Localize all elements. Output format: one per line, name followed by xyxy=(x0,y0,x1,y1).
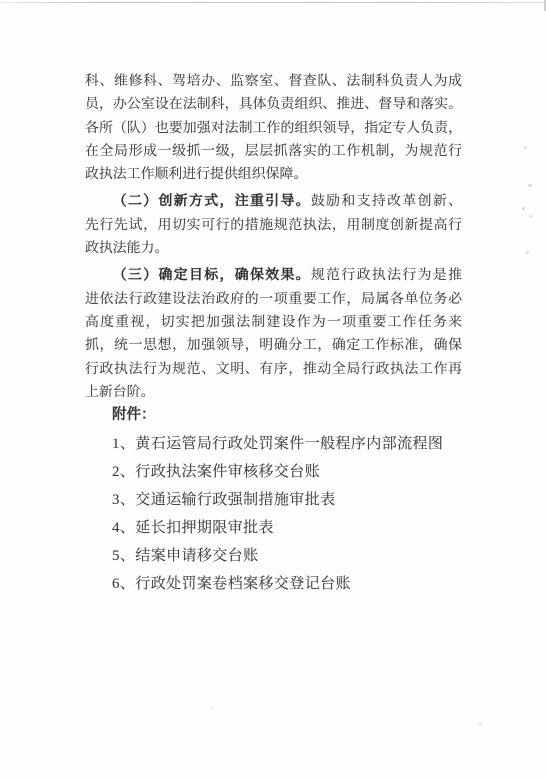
paragraph-1: 科、维修科、驾培办、监察室、督查队、法制科负责人为成员，办公室设在法制科，具体负… xyxy=(85,70,462,186)
text-segment: 规范行政执法行为是推 xyxy=(311,268,462,283)
text-segment: 进依法行政建设法治政府的一项重要工作，局属各单位务必 xyxy=(85,292,462,307)
scan-speck xyxy=(479,723,482,726)
text-segment: 上新台阶。 xyxy=(85,385,154,400)
text-line: 先行先试，用切实可行的措施规范执法，用制度创新提高行 xyxy=(85,214,462,237)
text-segment: 抓，统一思想，加强领导，明确分工，确定工作标准，确保 xyxy=(85,338,462,353)
attachment-item-3: 3、交通运输行政强制措施审批表 xyxy=(85,486,462,514)
text-line: （二）创新方式，注重引导。鼓励和支持改革创新、 xyxy=(85,190,462,213)
scan-speck xyxy=(524,146,527,149)
text-segment: 鼓励和支持改革创新、 xyxy=(311,194,462,209)
text-line: 科、维修科、驾培办、监察室、督查队、法制科负责人为成 xyxy=(85,70,462,93)
attachment-item-6: 6、行政处罚案卷档案移交登记台账 xyxy=(85,570,462,598)
text-segment: 行政执法行为规范、文明、有序，推动全局行政执法工作再 xyxy=(85,362,462,377)
scan-speck xyxy=(210,707,213,709)
document-page: 科、维修科、驾培办、监察室、督查队、法制科负责人为成员，办公室设在法制科，具体负… xyxy=(0,0,546,779)
paragraphs: 科、维修科、驾培办、监察室、督查队、法制科负责人为成员，办公室设在法制科，具体负… xyxy=(85,70,462,404)
text-segment: 各所（队）也要加强对法制工作的组织领导，指定专人负责， xyxy=(85,121,462,136)
text-segment: 科、维修科、驾培办、监察室、督查队、法制科负责人为成 xyxy=(85,74,462,89)
attachment-item-1: 1、黄石运管局行政处罚案件一般程序内部流程图 xyxy=(85,430,462,458)
attachment-item-5: 5、结案申请移交台账 xyxy=(85,542,462,570)
paragraph-2: （二）创新方式，注重引导。鼓励和支持改革创新、先行先试，用切实可行的措施规范执法… xyxy=(85,190,462,260)
text-segment: 政执法能力。 xyxy=(85,241,168,256)
text-line: 各所（队）也要加强对法制工作的组织领导，指定专人负责， xyxy=(85,117,462,140)
text-line: 抓，统一思想，加强领导，明确分工，确定工作标准，确保 xyxy=(85,334,462,357)
run-in-heading: （二）创新方式，注重引导。 xyxy=(113,194,311,209)
text-line: 在全局形成一级抓一级，层层抓落实的工作机制，为规范行 xyxy=(85,140,462,163)
scan-speck xyxy=(529,215,533,218)
text-line: （三）确定目标，确保效果。规范行政执法行为是推 xyxy=(85,264,462,287)
attachments-label: 附件： xyxy=(85,404,462,427)
scan-speck xyxy=(528,184,532,187)
text-segment: 员，办公室设在法制科，具体负责组织、推进、督导和落实。 xyxy=(85,97,462,112)
text-line: 员，办公室设在法制科，具体负责组织、推进、督导和落实。 xyxy=(85,93,462,116)
text-line: 行政执法行为规范、文明、有序，推动全局行政执法工作再 xyxy=(85,358,462,381)
text-line: 高度重视，切实把加强法制建设作为一项重要工作任务来 xyxy=(85,311,462,334)
document-body: 科、维修科、驾培办、监察室、督查队、法制科负责人为成员，办公室设在法制科，具体负… xyxy=(85,70,462,598)
text-segment: 政执法工作顺利进行提供组织保障。 xyxy=(85,167,307,182)
run-in-heading: （三）确定目标，确保效果。 xyxy=(113,268,311,283)
text-line: 政执法工作顺利进行提供组织保障。 xyxy=(85,163,462,186)
text-segment: 先行先试，用切实可行的措施规范执法，用制度创新提高行 xyxy=(85,218,462,233)
text-segment: 在全局形成一级抓一级，层层抓落实的工作机制，为规范行 xyxy=(85,144,462,159)
text-segment: 高度重视，切实把加强法制建设作为一项重要工作任务来 xyxy=(85,315,462,330)
attachment-item-4: 4、延长扣押期限审批表 xyxy=(85,514,462,542)
scan-speck xyxy=(522,207,525,210)
scan-artifact-top-edge xyxy=(0,2,546,3)
scan-speck xyxy=(526,251,529,254)
attachments-label-text: 附件： xyxy=(112,407,156,423)
paragraph-3: （三）确定目标，确保效果。规范行政执法行为是推进依法行政建设法治政府的一项重要工… xyxy=(85,264,462,404)
attachments-list: 1、黄石运管局行政处罚案件一般程序内部流程图2、行政执法案件审核移交台账3、交通… xyxy=(85,430,462,598)
text-line: 上新台阶。 xyxy=(85,381,462,404)
text-line: 政执法能力。 xyxy=(85,237,462,260)
attachment-item-2: 2、行政执法案件审核移交台账 xyxy=(85,458,462,486)
text-line: 进依法行政建设法治政府的一项重要工作，局属各单位务必 xyxy=(85,288,462,311)
